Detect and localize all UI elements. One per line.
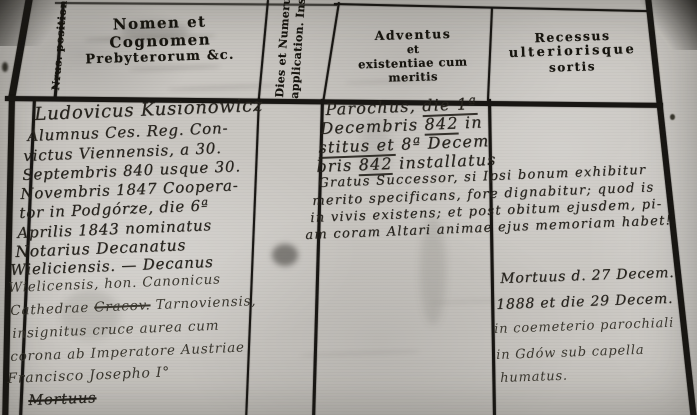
- bleedthrough-mark: [300, 350, 420, 357]
- scanned-register-page: Nrus. positionis. Nomen et Cognomen Preb…: [0, 0, 697, 415]
- adventus-line-2-post: in: [458, 112, 483, 132]
- paper-stain: [420, 215, 446, 325]
- ink-blot: [272, 244, 298, 266]
- ink-speck: [670, 114, 675, 120]
- divider-nomen-dies-body: [245, 98, 260, 415]
- border-left-outer-header: [8, 0, 32, 101]
- adventus-line-4-pre: bris: [316, 155, 359, 176]
- recessus-line-1: Mortuus d. 27 Decem.: [500, 265, 675, 287]
- paper-stain: [60, 290, 120, 340]
- nomen-line-13: corona ab Imperatore Austriae: [10, 340, 245, 365]
- paper-stain: [360, 118, 390, 178]
- recessus-line-2: 1888 et die 29 Decem.: [496, 291, 673, 313]
- nomen-line-11-post: Tarnoviensis,: [150, 293, 256, 313]
- divider-adventus-recessus-header: [487, 8, 493, 101]
- nomen-line-11: Cathedrae Cracov. Tarnoviensis,: [10, 293, 257, 319]
- recessus-line-3: in coemeterio parochiali: [494, 316, 674, 337]
- recessus-line-4: in Gdów sub capella: [496, 343, 645, 363]
- nomen-line-14: Francisco Josepho I°: [7, 364, 170, 387]
- ink-speck: [2, 62, 8, 72]
- paper-stain: [120, 22, 190, 40]
- border-left-outer-body: [2, 95, 15, 415]
- bleedthrough-mark: [168, 84, 278, 91]
- recessus-line-5: humatus.: [500, 369, 568, 386]
- nomen-line-15-struck: Mortuus: [28, 390, 97, 409]
